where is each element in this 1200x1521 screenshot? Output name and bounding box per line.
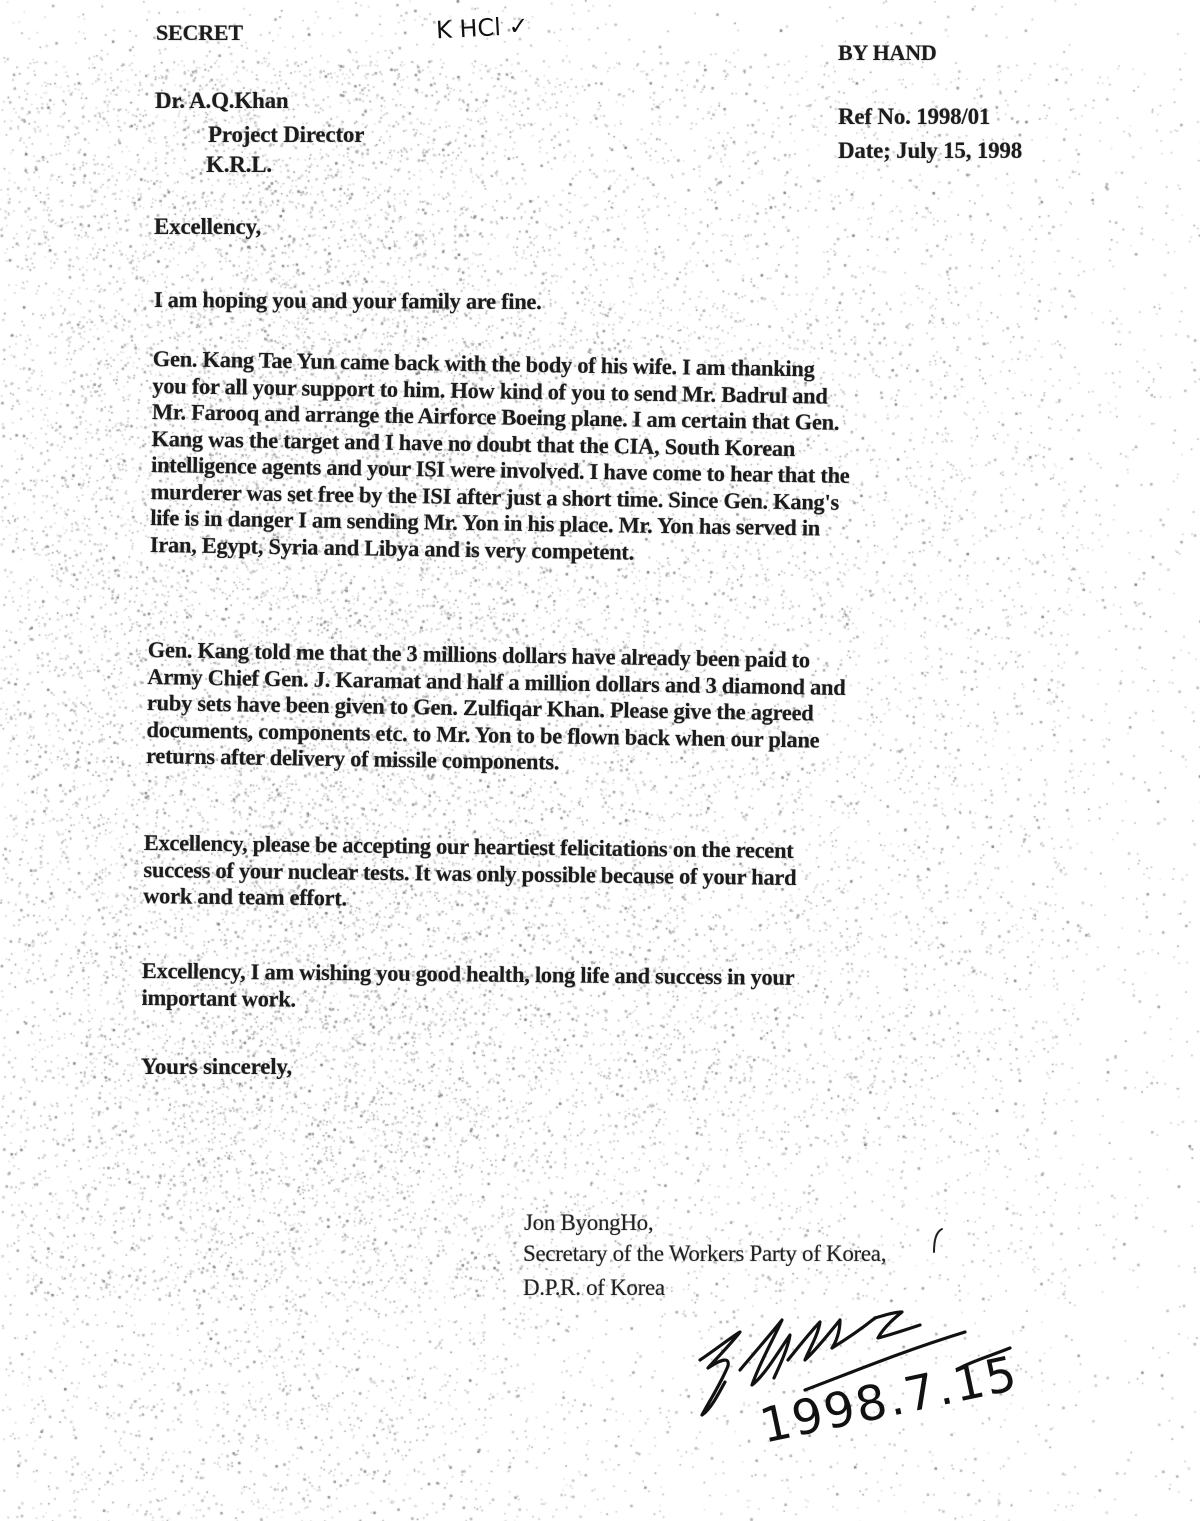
paragraph-payments: Gen. Kang told me that the 3 millions do… [146,637,846,780]
paragraph-felicitations: Excellency, please be accepting our hear… [143,830,797,917]
paragraph-line: I am hoping you and your family are fine… [154,287,542,316]
paragraph-wishes: Excellency, I am wishing you good health… [141,958,794,1018]
handwritten-mark [928,1226,948,1256]
paragraph-greeting: I am hoping you and your family are fine… [154,287,542,316]
closing: Yours sincerely, [141,1054,292,1080]
letter-date: Date; July 15, 1998 [838,138,1022,164]
signatory-country: D.P.R. of Korea [523,1274,665,1301]
paragraph-gen-kang: Gen. Kang Tae Yun came back with the bod… [150,346,852,569]
recipient-name: Dr. A.Q.Khan [155,88,289,114]
handwritten-note: K HCl ✓ [435,12,529,45]
delivery-label: BY HAND [838,40,937,66]
salutation: Excellency, [154,214,261,240]
recipient-org: K.R.L. [206,152,272,178]
letter-page: SECRET K HCl ✓ BY HAND Dr. A.Q.Khan Proj… [0,0,1200,1521]
classification-label: SECRET [156,20,243,46]
signatory-name: Jon ByongHo, [524,1209,653,1236]
signatory-title: Secretary of the Workers Party of Korea, [523,1240,886,1267]
reference-number: Ref No. 1998/01 [838,104,990,130]
recipient-title: Project Director [208,122,364,148]
